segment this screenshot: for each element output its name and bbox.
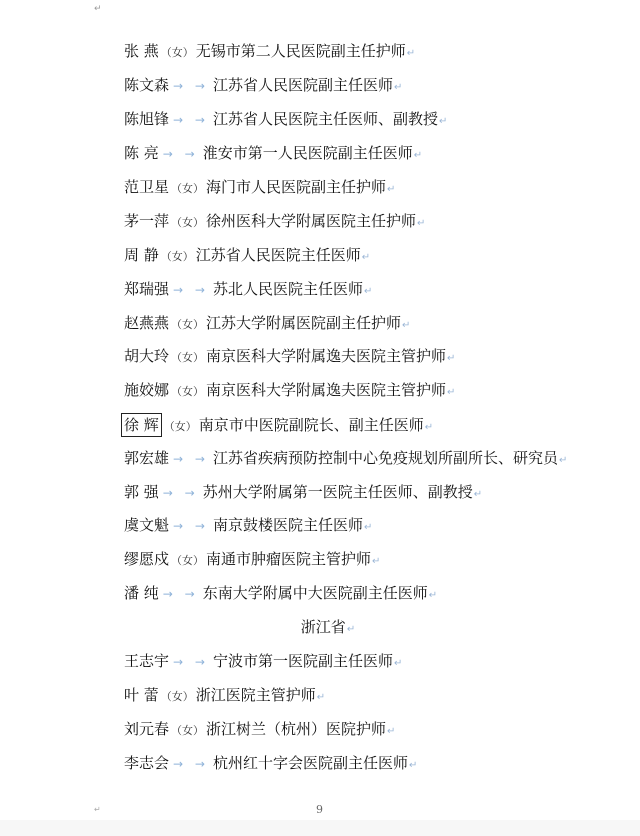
paragraph-mark-icon: ↵ — [94, 4, 102, 14]
paragraph-mark-icon: ↵ — [414, 150, 422, 161]
person-name: 郭 强 — [124, 481, 159, 503]
section-heading-text: 浙江省 — [301, 618, 346, 636]
paragraph-mark-icon: ↵ — [317, 692, 325, 703]
person-name: 徐 辉 — [121, 413, 162, 437]
person-name: 施姣娜 — [124, 379, 169, 401]
tab-arrows-icon: → → — [173, 113, 209, 127]
tab-arrows-icon: → → — [173, 79, 209, 93]
paragraph-mark-icon: ↵ — [364, 286, 372, 297]
job-title: 南京医科大学附属逸夫医院主管护师 — [206, 347, 446, 365]
entry-line: 王志宇→ →宁波市第一医院副主任医师↵ — [124, 650, 402, 672]
paragraph-mark-icon: ↵ — [362, 252, 370, 263]
entry-line: 缪愿戍（女）南通市肿瘤医院主管护师↵ — [124, 548, 380, 570]
job-title: 江苏省人民医院副主任医师 — [213, 76, 393, 94]
person-name: 范卫星 — [124, 176, 169, 198]
entry-line: 刘元春（女）浙江树兰（杭州）医院护师↵ — [124, 718, 395, 740]
job-title: 浙江医院主管护师 — [196, 686, 316, 704]
person-name: 胡大玲 — [124, 345, 169, 367]
entry-line: 张 燕（女）无锡市第二人民医院副主任护师↵ — [124, 40, 415, 62]
tab-arrows-icon: → → — [173, 519, 209, 533]
tab-arrows-icon: → → — [173, 283, 209, 297]
person-name: 张 燕 — [124, 40, 159, 62]
entry-line: 郭宏雄→ →江苏省疾病预防控制中心免疫规划所副所长、研究员↵ — [124, 447, 567, 469]
job-title: 苏北人民医院主任医师 — [213, 280, 363, 298]
paragraph-mark-icon: ↵ — [559, 455, 567, 466]
gender-female-label: （女） — [171, 385, 204, 398]
job-title: 海门市人民医院副主任护师 — [206, 178, 386, 196]
paragraph-mark-icon: ↵ — [394, 658, 402, 669]
paragraph-mark-icon: ↵ — [447, 387, 455, 398]
person-name: 周 静 — [124, 244, 159, 266]
paragraph-mark-icon: ↵ — [402, 320, 410, 331]
entry-line: 胡大玲（女）南京医科大学附属逸夫医院主管护师↵ — [124, 345, 455, 367]
entry-line: 陈文森→ →江苏省人民医院副主任医师↵ — [124, 74, 402, 96]
paragraph-mark-icon: ↵ — [407, 48, 415, 59]
person-name: 郑瑞强 — [124, 278, 169, 300]
job-title: 淮安市第一人民医院副主任医师 — [203, 144, 413, 162]
paragraph-mark-icon: ↵ — [372, 556, 380, 567]
footer-paragraph-mark-icon: ↵ — [94, 805, 101, 814]
job-title: 南京鼓楼医院主任医师 — [213, 516, 363, 534]
entry-line: 叶 蕾（女）浙江医院主管护师↵ — [124, 684, 325, 706]
entry-line: 茅一萍（女）徐州医科大学附属医院主任护师↵ — [124, 210, 425, 232]
gender-female-label: （女） — [171, 724, 204, 737]
person-name: 郭宏雄 — [124, 447, 169, 469]
job-title: 南通市肿瘤医院主管护师 — [206, 550, 371, 568]
paragraph-mark-icon: ↵ — [347, 624, 355, 635]
job-title: 江苏省人民医院主任医师 — [196, 246, 361, 264]
job-title: 江苏省人民医院主任医师、副教授 — [213, 110, 438, 128]
paragraph-mark-icon: ↵ — [425, 422, 433, 433]
person-name: 李志会 — [124, 752, 169, 774]
entry-line: 郭 强→ →苏州大学附属第一医院主任医师、副教授↵ — [124, 481, 482, 503]
person-name: 王志宇 — [124, 650, 169, 672]
person-name: 赵燕燕 — [124, 312, 169, 334]
person-name: 陈 亮 — [124, 142, 159, 164]
person-name: 茅一萍 — [124, 210, 169, 232]
gender-female-label: （女） — [161, 46, 194, 59]
job-title: 无锡市第二人民医院副主任护师 — [196, 42, 406, 60]
tab-arrows-icon: → → — [173, 655, 209, 669]
tab-arrows-icon: → → — [173, 757, 209, 771]
entry-line: 陈 亮→ →淮安市第一人民医院副主任医师↵ — [124, 142, 422, 164]
tab-arrows-icon: → → — [163, 587, 199, 601]
paragraph-mark-icon: ↵ — [439, 116, 447, 127]
gender-female-label: （女） — [161, 690, 194, 703]
entry-line: 赵燕燕（女）江苏大学附属医院副主任护师↵ — [124, 312, 410, 334]
job-title: 江苏大学附属医院副主任护师 — [206, 314, 401, 332]
person-name: 陈文森 — [124, 74, 169, 96]
paragraph-mark-icon: ↵ — [429, 590, 437, 601]
paragraph-mark-icon: ↵ — [364, 522, 372, 533]
entry-line: 虞文魁→ →南京鼓楼医院主任医师↵ — [124, 514, 372, 536]
page-number: 9 — [316, 803, 323, 816]
document-page: ↵ 张 燕（女）无锡市第二人民医院副主任护师↵陈文森→ →江苏省人民医院副主任医… — [0, 0, 640, 820]
gender-female-label: （女） — [171, 182, 204, 195]
person-name: 叶 蕾 — [124, 684, 159, 706]
gender-female-label: （女） — [171, 554, 204, 567]
job-title: 浙江树兰（杭州）医院护师 — [206, 720, 386, 738]
paragraph-mark-icon: ↵ — [417, 218, 425, 229]
paragraph-mark-icon: ↵ — [387, 726, 395, 737]
gender-female-label: （女） — [164, 420, 197, 433]
paragraph-mark-icon: ↵ — [409, 760, 417, 771]
paragraph-mark-icon: ↵ — [474, 489, 482, 500]
job-title: 南京医科大学附属逸夫医院主管护师 — [206, 381, 446, 399]
tab-arrows-icon: → → — [163, 486, 199, 500]
entry-line: 陈旭锋→ →江苏省人民医院主任医师、副教授↵ — [124, 108, 447, 130]
tab-arrows-icon: → → — [163, 147, 199, 161]
entry-line: 潘 纯→ →东南大学附属中大医院副主任医师↵ — [124, 582, 437, 604]
entry-line: 范卫星（女）海门市人民医院副主任护师↵ — [124, 176, 395, 198]
entry-line: 周 静（女）江苏省人民医院主任医师↵ — [124, 244, 370, 266]
job-title: 南京市中医院副院长、副主任医师 — [199, 416, 424, 434]
gender-female-label: （女） — [171, 318, 204, 331]
section-heading: 浙江省↵ — [0, 616, 640, 638]
person-name: 虞文魁 — [124, 514, 169, 536]
gender-female-label: （女） — [161, 250, 194, 263]
paragraph-mark-icon: ↵ — [394, 82, 402, 93]
job-title: 宁波市第一医院副主任医师 — [213, 652, 393, 670]
job-title: 东南大学附属中大医院副主任医师 — [203, 584, 428, 602]
job-title: 杭州红十字会医院副主任医师 — [213, 754, 408, 772]
paragraph-mark-icon: ↵ — [447, 353, 455, 364]
page-gap — [0, 820, 640, 836]
entry-line: 郑瑞强→ →苏北人民医院主任医师↵ — [124, 278, 372, 300]
gender-female-label: （女） — [171, 216, 204, 229]
entry-line: 徐 辉（女）南京市中医院副院长、副主任医师↵ — [124, 413, 433, 435]
job-title: 江苏省疾病预防控制中心免疫规划所副所长、研究员 — [213, 449, 558, 467]
job-title: 苏州大学附属第一医院主任医师、副教授 — [203, 483, 473, 501]
entry-line: 施姣娜（女）南京医科大学附属逸夫医院主管护师↵ — [124, 379, 455, 401]
person-name: 潘 纯 — [124, 582, 159, 604]
person-name: 陈旭锋 — [124, 108, 169, 130]
gender-female-label: （女） — [171, 351, 204, 364]
paragraph-mark-icon: ↵ — [387, 184, 395, 195]
job-title: 徐州医科大学附属医院主任护师 — [206, 212, 416, 230]
entry-line: 李志会→ →杭州红十字会医院副主任医师↵ — [124, 752, 417, 774]
person-name: 刘元春 — [124, 718, 169, 740]
tab-arrows-icon: → → — [173, 452, 209, 466]
person-name: 缪愿戍 — [124, 548, 169, 570]
